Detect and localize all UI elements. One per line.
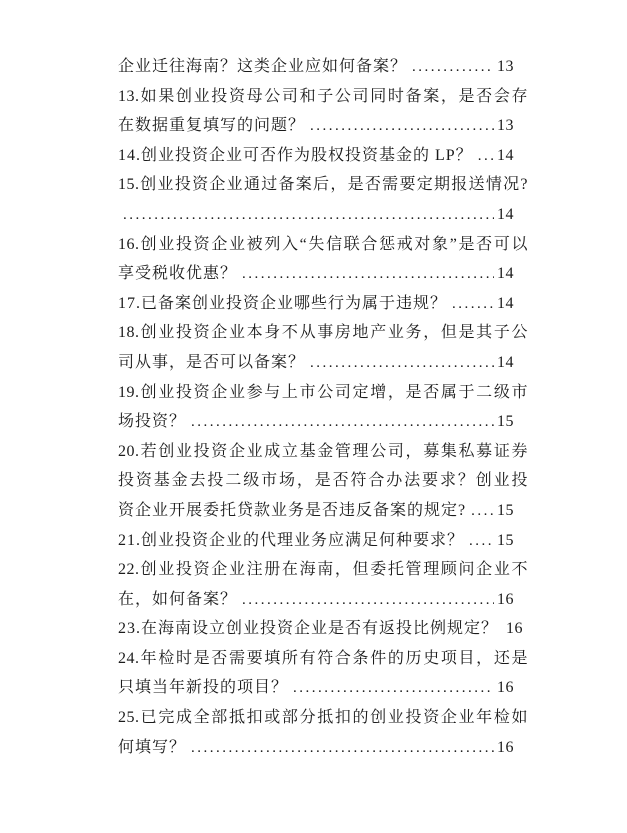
page-number: 14 bbox=[497, 200, 528, 230]
toc-line: 18.创业投资企业本身不从事房地产业务，但是其子公 bbox=[118, 318, 528, 348]
page-number: 14 bbox=[497, 289, 528, 319]
page-number: 16 bbox=[497, 733, 528, 763]
toc-line: 25.已完成全部抵扣或部分抵扣的创业投资企业年检如 bbox=[118, 703, 528, 733]
page-number: 15 bbox=[497, 526, 528, 556]
toc-entry-text: 23.在海南设立创业投资企业是否有返投比例规定？ bbox=[118, 614, 498, 644]
dot-leader-dots: ........................................… bbox=[293, 680, 494, 696]
dot-leader-dots: ........................................… bbox=[452, 296, 494, 312]
toc-entry-text: 25.已完成全部抵扣或部分抵扣的创业投资企业年检如 bbox=[118, 703, 528, 733]
dot-leader-dots: ........................................… bbox=[242, 592, 494, 608]
dot-leader-dots: ........................................… bbox=[469, 533, 494, 549]
dot-leader: ........................................… bbox=[478, 141, 494, 171]
dot-leader-dots: ........................................… bbox=[478, 148, 494, 164]
toc-entry-text: 17.已备案创业投资企业哪些行为属于违规？ bbox=[118, 289, 447, 319]
toc-line: 17.已备案创业投资企业哪些行为属于违规？...................… bbox=[118, 289, 528, 319]
toc-entry-text: 19.创业投资企业参与上市公司定增，是否属于二级市 bbox=[118, 378, 528, 408]
page-number: 15 bbox=[497, 407, 528, 437]
page-number: 13 bbox=[497, 111, 528, 141]
toc-entry-text: 21.创业投资企业的代理业务应满足何种要求？ bbox=[118, 526, 464, 556]
page-number: 14 bbox=[497, 348, 528, 378]
dot-leader: ........................................… bbox=[310, 348, 494, 378]
toc-entry-text: 在数据重复填写的问题？ bbox=[118, 111, 305, 141]
toc-line: 只填当年新投的项目？..............................… bbox=[118, 673, 528, 703]
dot-leader: ........................................… bbox=[469, 526, 494, 556]
toc-line: 14.创业投资企业可否作为股权投资基金的 LP？................… bbox=[118, 141, 528, 171]
dot-leader-dots: ........................................… bbox=[471, 503, 494, 519]
toc-line: 13.如果创业投资母公司和子公司同时备案，是否会存 bbox=[118, 82, 528, 112]
toc-line: ........................................… bbox=[118, 200, 528, 230]
page-number: 16 bbox=[506, 614, 528, 644]
toc-entry-text: 22.创业投资企业注册在海南，但委托管理顾问企业不 bbox=[118, 555, 528, 585]
toc-entry-text: 13.如果创业投资母公司和子公司同时备案，是否会存 bbox=[118, 82, 528, 112]
toc-line: 24.年检时是否需要填所有符合条件的历史项目，还是 bbox=[118, 644, 528, 674]
toc-line: 23.在海南设立创业投资企业是否有返投比例规定？16 bbox=[118, 614, 528, 644]
page-number: 16 bbox=[497, 585, 528, 615]
dot-leader-dots: ........................................… bbox=[310, 118, 494, 134]
toc-entry-text: 只填当年新投的项目？ bbox=[118, 673, 288, 703]
toc-line: 场投资？....................................… bbox=[118, 407, 528, 437]
toc-entry-text: 18.创业投资企业本身不从事房地产业务，但是其子公 bbox=[118, 318, 528, 348]
toc-entry-text: 20.若创业投资企业成立基金管理公司，募集私募证券 bbox=[118, 437, 528, 467]
toc-entry-text: 场投资？ bbox=[118, 407, 186, 437]
dot-leader: ........................................… bbox=[123, 200, 494, 230]
toc-line: 资企业开展委托贷款业务是否违反备案的规定?...................… bbox=[118, 496, 528, 526]
dot-leader: ........................................… bbox=[191, 407, 494, 437]
dot-leader: ........................................… bbox=[471, 496, 494, 526]
toc-entry-text: 资企业开展委托贷款业务是否违反备案的规定? bbox=[118, 496, 466, 526]
dot-leader: ........................................… bbox=[452, 289, 494, 319]
toc-entry-text: 享受税收优惠？ bbox=[118, 259, 237, 289]
toc-line: 享受税收优惠？.................................… bbox=[118, 259, 528, 289]
toc-line: 在，如何备案？.................................… bbox=[118, 585, 528, 615]
dot-leader-dots: ........................................… bbox=[191, 414, 494, 430]
toc-entry-text: 15.创业投资企业通过备案后，是否需要定期报送情况? bbox=[118, 170, 528, 200]
document-page: 企业迁往海南？这类企业应如何备案？.......................… bbox=[0, 0, 627, 833]
toc-line: 21.创业投资企业的代理业务应满足何种要求？..................… bbox=[118, 526, 528, 556]
toc-entry-text: 16.创业投资企业被列入“失信联合惩戒对象”是否可以 bbox=[118, 230, 528, 260]
page-number: 16 bbox=[497, 673, 528, 703]
toc-line: 16.创业投资企业被列入“失信联合惩戒对象”是否可以 bbox=[118, 230, 528, 260]
dot-leader: ........................................… bbox=[412, 52, 494, 82]
toc-line: 15.创业投资企业通过备案后，是否需要定期报送情况? bbox=[118, 170, 528, 200]
toc-entry-text: 14.创业投资企业可否作为股权投资基金的 LP？ bbox=[118, 141, 473, 171]
dot-leader-dots: ........................................… bbox=[310, 355, 494, 371]
dot-leader-dots: ........................................… bbox=[242, 266, 494, 282]
dot-leader: ........................................… bbox=[310, 111, 494, 141]
toc-entry-text: 何填写？ bbox=[118, 733, 186, 763]
dot-leader-dots: ........................................… bbox=[123, 207, 494, 223]
toc-entry-text: 在，如何备案？ bbox=[118, 585, 237, 615]
page-number: 14 bbox=[497, 141, 528, 171]
dot-leader: ........................................… bbox=[293, 673, 494, 703]
toc-entry-text: 24.年检时是否需要填所有符合条件的历史项目，还是 bbox=[118, 644, 528, 674]
toc-line: 司从事，是否可以备案？.............................… bbox=[118, 348, 528, 378]
page-number: 13 bbox=[497, 52, 528, 82]
toc-line: 企业迁往海南？这类企业应如何备案？.......................… bbox=[118, 52, 528, 82]
toc-line: 何填写？....................................… bbox=[118, 733, 528, 763]
toc-line: 19.创业投资企业参与上市公司定增，是否属于二级市 bbox=[118, 378, 528, 408]
dot-leader: ........................................… bbox=[242, 585, 494, 615]
page-number: 15 bbox=[497, 496, 528, 526]
toc-entry-text: 企业迁往海南？这类企业应如何备案？ bbox=[118, 52, 407, 82]
toc-line: 20.若创业投资企业成立基金管理公司，募集私募证券 bbox=[118, 437, 528, 467]
toc-list: 企业迁往海南？这类企业应如何备案？.......................… bbox=[118, 52, 528, 762]
dot-leader-dots: ........................................… bbox=[412, 59, 494, 75]
toc-entry-text: 投资基金去投二级市场，是否符合办法要求？创业投 bbox=[118, 466, 528, 496]
dot-leader: ........................................… bbox=[191, 733, 494, 763]
dot-leader: ........................................… bbox=[242, 259, 494, 289]
toc-entry-text: 司从事，是否可以备案？ bbox=[118, 348, 305, 378]
dot-leader-dots: ........................................… bbox=[191, 740, 494, 756]
toc-line: 22.创业投资企业注册在海南，但委托管理顾问企业不 bbox=[118, 555, 528, 585]
toc-line: 投资基金去投二级市场，是否符合办法要求？创业投 bbox=[118, 466, 528, 496]
toc-line: 在数据重复填写的问题？.............................… bbox=[118, 111, 528, 141]
page-number: 14 bbox=[497, 259, 528, 289]
